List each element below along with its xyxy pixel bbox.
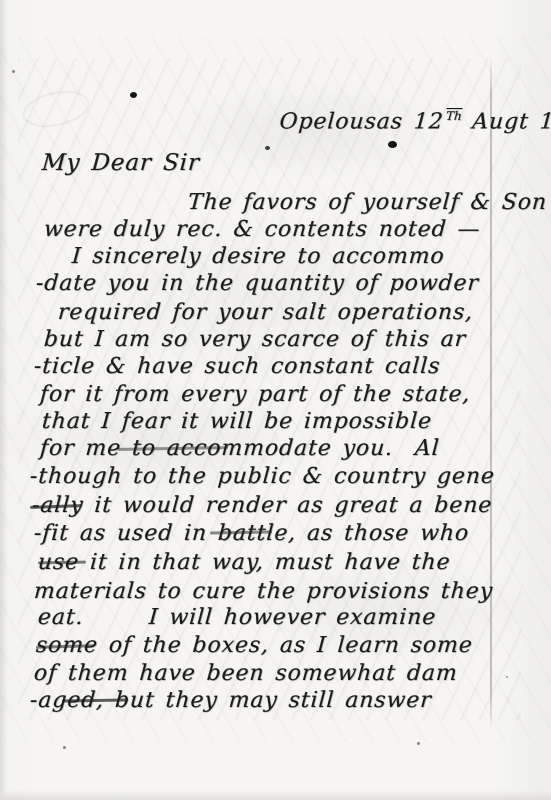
dateline-month-year: Augt 1862: [461, 109, 551, 134]
letter-line: were duly rec. & contents noted —: [43, 217, 481, 242]
ink-speck: [12, 70, 15, 73]
salutation: My Dear Sir: [41, 150, 201, 176]
letter-line: I sincerely desire to accommo: [71, 244, 445, 269]
letter-line: for me to accommodate you. Al: [39, 436, 440, 461]
letter-line: that I fear it will be impossible: [41, 409, 433, 434]
ink-speck: [265, 146, 270, 150]
ink-speck: [417, 742, 420, 745]
ink-speck: [130, 92, 137, 98]
letter-line: some of the boxes, as I learn some: [35, 633, 474, 658]
dateline: Opelousas 12Th Augt 1862: [233, 84, 551, 159]
dateline-place-day: Opelousas 12: [279, 109, 445, 134]
letter-line: -ally it would render as great a bene: [31, 493, 493, 518]
dateline-ordinal: Th: [446, 109, 463, 123]
letter-line: use it in that way, must have the: [37, 550, 451, 575]
letter-line: but I am so very scarce of this ar: [43, 327, 467, 352]
letter-line: materials to cure the provisions they: [33, 579, 494, 604]
scanned-letter-page: Opelousas 12Th Augt 1862 My Dear Sir The…: [0, 0, 551, 800]
letter-line: -date you in the quantity of powder: [35, 271, 480, 296]
letter-line: -ticle & have such constant calls: [33, 354, 441, 379]
letter-line: -though to the public & country gene: [29, 464, 496, 489]
letter-line: for it from every part of the state,: [39, 382, 471, 407]
ink-speck: [63, 746, 66, 749]
letter-line: eat. I will however examine: [37, 605, 437, 630]
letter-line: The favors of yourself & Son: [187, 190, 548, 215]
ink-speck: [388, 141, 397, 148]
letter-line: required for your salt operations,: [57, 300, 474, 325]
letter-line: of them have been somewhat dam: [33, 661, 458, 686]
ink-speck: [506, 676, 508, 678]
